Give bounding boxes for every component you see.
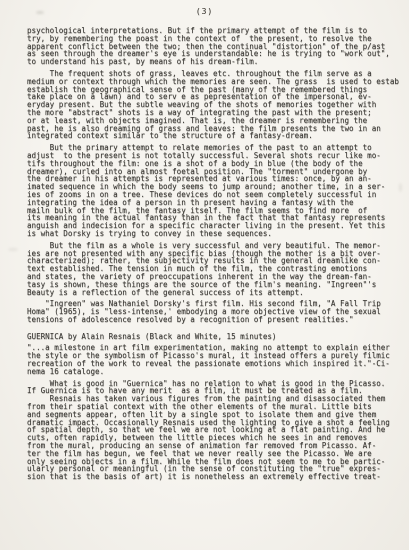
paragraph-primary-attempt: But the primary attempt to relate memori… bbox=[27, 144, 405, 238]
page-text-block: psychological interpretations. But if th… bbox=[27, 27, 405, 485]
paragraph-grass-motif: The frequent shots of grass, leaves etc.… bbox=[27, 70, 405, 140]
section-heading-guernica: GUERNICA by Alain Resnais (Black and Whi… bbox=[27, 333, 405, 341]
paragraph-dorsky-filmography: "Ingreen" was Nathaniel Dorsky's first f… bbox=[27, 300, 405, 323]
scanned-document-page: (3) psychological interpretations. But i… bbox=[0, 0, 409, 550]
paragraph-film-success: But the film as a whole is very successf… bbox=[27, 242, 405, 297]
paragraph-dream-interpretation-continued: psychological interpretations. But if th… bbox=[27, 27, 405, 66]
paragraph-guernica-analysis: What is good in "Guernica" has no relati… bbox=[27, 380, 405, 481]
blockquote-cinema16-catalog: "...a milestone in art film experimentat… bbox=[27, 344, 405, 375]
scan-smudge bbox=[8, 248, 18, 251]
page-number: (3) bbox=[0, 7, 409, 16]
